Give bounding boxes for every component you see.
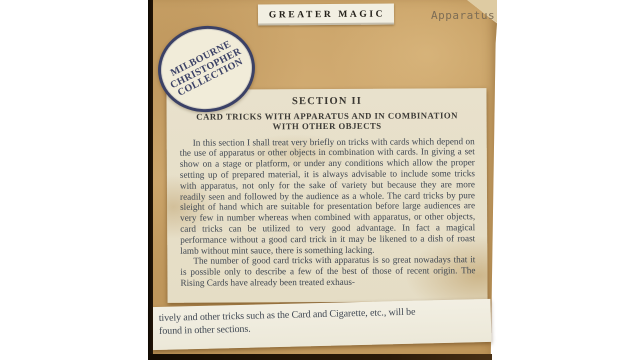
- page-left-edge-shadow: [148, 0, 153, 360]
- page-bottom-edge-shadow: [150, 354, 492, 360]
- heading-line-1: CARD TRICKS WITH APPARATUS AND IN COMBIN…: [180, 110, 475, 122]
- paragraph-2: The number of good card tricks with appa…: [180, 255, 475, 289]
- continuation-strip-text: tively and other tricks such as the Card…: [159, 304, 485, 338]
- collection-stamp-text: MILBOURNE CHRISTOPHER COLLECTION: [165, 37, 249, 101]
- text-clipping: SECTION II CARD TRICKS WITH APPARATUS AN…: [166, 88, 487, 303]
- continuation-strip: tively and other tricks such as the Card…: [151, 299, 492, 350]
- scan-canvas: GREATER MAGIC Apparatus MILBOURNE CHRIST…: [0, 0, 640, 360]
- greater-magic-label-text: GREATER MAGIC: [267, 9, 385, 20]
- clipping-body: In this section I shall treat very brief…: [180, 136, 476, 289]
- apparatus-annotation: Apparatus: [431, 9, 495, 22]
- paragraph-1: In this section I shall treat very brief…: [180, 136, 476, 256]
- heading-line-2: WITH OTHER OBJECTS: [180, 121, 475, 133]
- clipping-heading: CARD TRICKS WITH APPARATUS AND IN COMBIN…: [180, 110, 475, 132]
- greater-magic-label: GREATER MAGIC: [258, 4, 394, 26]
